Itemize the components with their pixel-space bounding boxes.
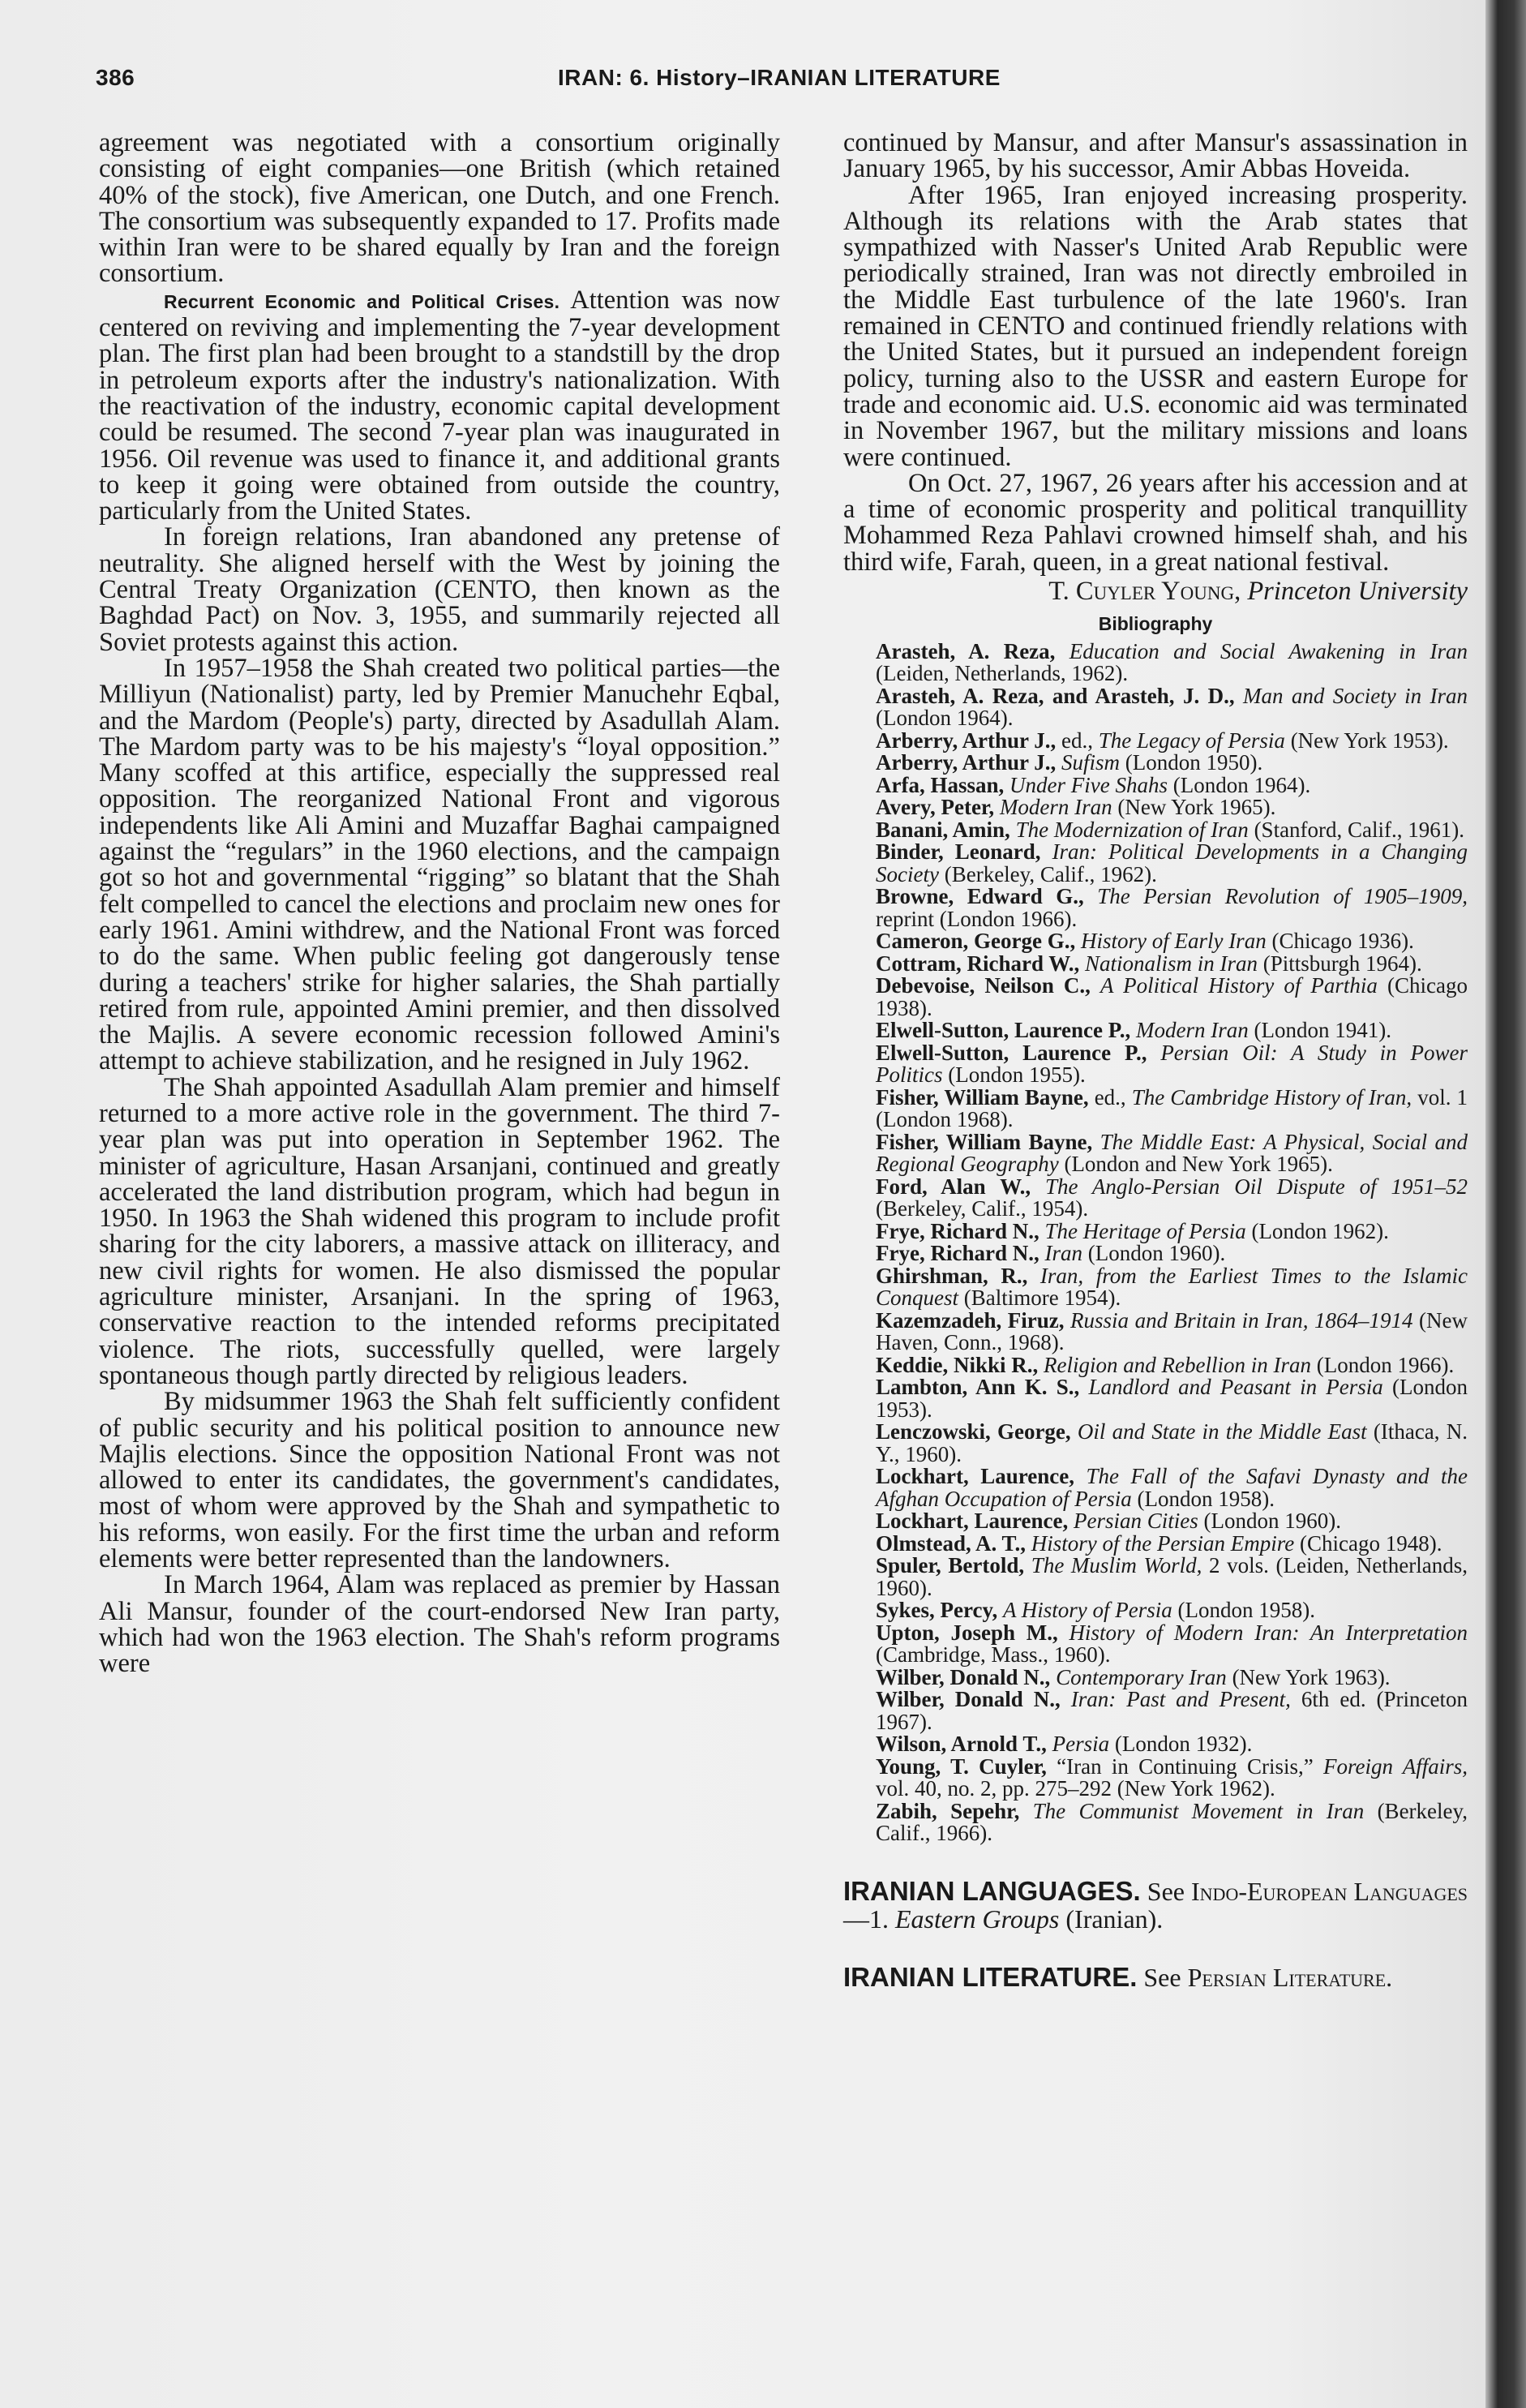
section-heading: Recurrent Economic and Political Crises. <box>164 291 559 312</box>
bibliography-entry: Lenczowski, George, Oil and State in the… <box>843 1421 1468 1466</box>
bibliography-entry: Arberry, Arthur J., Sufism (London 1950)… <box>843 752 1468 775</box>
cross-reference-languages: IRANIAN LANGUAGES. See Indo-European Lan… <box>843 1878 1468 1933</box>
bibliography-entry: Elwell-Sutton, Laurence P., Persian Oil:… <box>843 1042 1468 1087</box>
bibliography-entry: Lockhart, Laurence, The Fall of the Safa… <box>843 1466 1468 1510</box>
paragraph: After 1965, Iran enjoyed increasing pros… <box>843 182 1468 470</box>
bibliography-entry: Arasteh, A. Reza, and Arasteh, J. D., Ma… <box>843 685 1468 730</box>
bibliography-list: Arasteh, A. Reza, Education and Social A… <box>843 641 1468 1845</box>
bibliography-entry: Debevoise, Neilson C., A Political Histo… <box>843 975 1468 1019</box>
bibliography-entry: Avery, Peter, Modern Iran (New York 1965… <box>843 796 1468 819</box>
book-page: 386 IRAN: 6. History–IRANIAN LITERATURE … <box>0 0 1485 2408</box>
bibliography-entry: Olmstead, A. T., History of the Persian … <box>843 1533 1468 1556</box>
bibliography-entry: Banani, Amin, The Modernization of Iran … <box>843 819 1468 842</box>
paragraph: Recurrent Economic and Political Crises.… <box>99 287 780 525</box>
bibliography-entry: Keddie, Nikki R., Religion and Rebellion… <box>843 1354 1468 1377</box>
paragraph: By midsummer 1963 the Shah felt sufficie… <box>99 1389 780 1572</box>
bibliography-entry: Ghirshman, R., Iran, from the Earliest T… <box>843 1265 1468 1310</box>
page-header: 386 IRAN: 6. History–IRANIAN LITERATURE <box>96 65 1474 97</box>
bibliography-entry: Lambton, Ann K. S., Landlord and Peasant… <box>843 1376 1468 1421</box>
author-affiliation: Princeton University <box>1247 577 1468 606</box>
bibliography-entry: Frye, Richard N., Iran (London 1960). <box>843 1243 1468 1265</box>
bibliography-entry: Elwell-Sutton, Laurence P., Modern Iran … <box>843 1019 1468 1042</box>
bibliography-entry: Wilson, Arnold T., Persia (London 1932). <box>843 1733 1468 1756</box>
bibliography-entry: Fisher, William Bayne, The Middle East: … <box>843 1131 1468 1176</box>
bibliography-entry: Spuler, Bertold, The Muslim World, 2 vol… <box>843 1555 1468 1599</box>
book-spine-shadow <box>1485 0 1526 2408</box>
bibliography-entry: Arasteh, A. Reza, Education and Social A… <box>843 641 1468 685</box>
bibliography-heading: Bibliography <box>843 611 1468 637</box>
bibliography-entry: Cameron, George G., History of Early Ira… <box>843 930 1468 953</box>
bibliography-entry: Binder, Leonard, Iran: Political Develop… <box>843 841 1468 886</box>
cross-reference-link[interactable]: Persian Literature. <box>1188 1963 1393 1992</box>
left-column: agreement was negotiated with a consorti… <box>99 130 780 1677</box>
paragraph: On Oct. 27, 1967, 26 years after his acc… <box>843 470 1468 575</box>
bibliography-entry: Lockhart, Laurence, Persian Cities (Lond… <box>843 1510 1468 1533</box>
bibliography-entry: Arfa, Hassan, Under Five Shahs (London 1… <box>843 775 1468 797</box>
bibliography-entry: Kazemzadeh, Firuz, Russia and Britain in… <box>843 1310 1468 1354</box>
bibliography-entry: Wilber, Donald N., Iran: Past and Presen… <box>843 1689 1468 1733</box>
bibliography-entry: Fisher, William Bayne, ed., The Cambridg… <box>843 1087 1468 1131</box>
bibliography-entry: Young, T. Cuyler, “Iran in Continuing Cr… <box>843 1756 1468 1801</box>
cross-reference-literature: IRANIAN LITERATURE. See Persian Literatu… <box>843 1964 1468 1991</box>
author-name: T. Cuyler Young, <box>1048 577 1241 606</box>
paragraph: In March 1964, Alam was replaced as prem… <box>99 1572 780 1676</box>
paragraph: agreement was negotiated with a consorti… <box>99 130 780 287</box>
paragraph: In foreign relations, Iran abandoned any… <box>99 524 780 655</box>
bibliography-entry: Zabih, Sepehr, The Communist Movement in… <box>843 1801 1468 1845</box>
bibliography-entry: Wilber, Donald N., Contemporary Iran (Ne… <box>843 1667 1468 1689</box>
bibliography-entry: Ford, Alan W., The Anglo-Persian Oil Dis… <box>843 1176 1468 1221</box>
entry-headword: IRANIAN LANGUAGES. <box>843 1876 1141 1906</box>
author-byline: T. Cuyler Young, Princeton University <box>843 578 1468 604</box>
bibliography-entry: Sykes, Percy, A History of Persia (Londo… <box>843 1599 1468 1622</box>
page-number: 386 <box>96 65 135 91</box>
bibliography-entry: Cottram, Richard W., Nationalism in Iran… <box>843 953 1468 976</box>
bibliography-entry: Arberry, Arthur J., ed., The Legacy of P… <box>843 730 1468 753</box>
paragraph: In 1957–1958 the Shah created two politi… <box>99 655 780 1075</box>
right-column: continued by Mansur, and after Mansur's … <box>843 130 1468 1991</box>
bibliography-entry: Browne, Edward G., The Persian Revolutio… <box>843 886 1468 930</box>
paragraph: continued by Mansur, and after Mansur's … <box>843 130 1468 182</box>
bibliography-entry: Upton, Joseph M., History of Modern Iran… <box>843 1622 1468 1667</box>
bibliography-entry: Frye, Richard N., The Heritage of Persia… <box>843 1221 1468 1243</box>
running-head: IRAN: 6. History–IRANIAN LITERATURE <box>558 65 1001 91</box>
paragraph: The Shah appointed Asadullah Alam premie… <box>99 1075 780 1389</box>
entry-headword: IRANIAN LITERATURE. <box>843 1962 1137 1992</box>
